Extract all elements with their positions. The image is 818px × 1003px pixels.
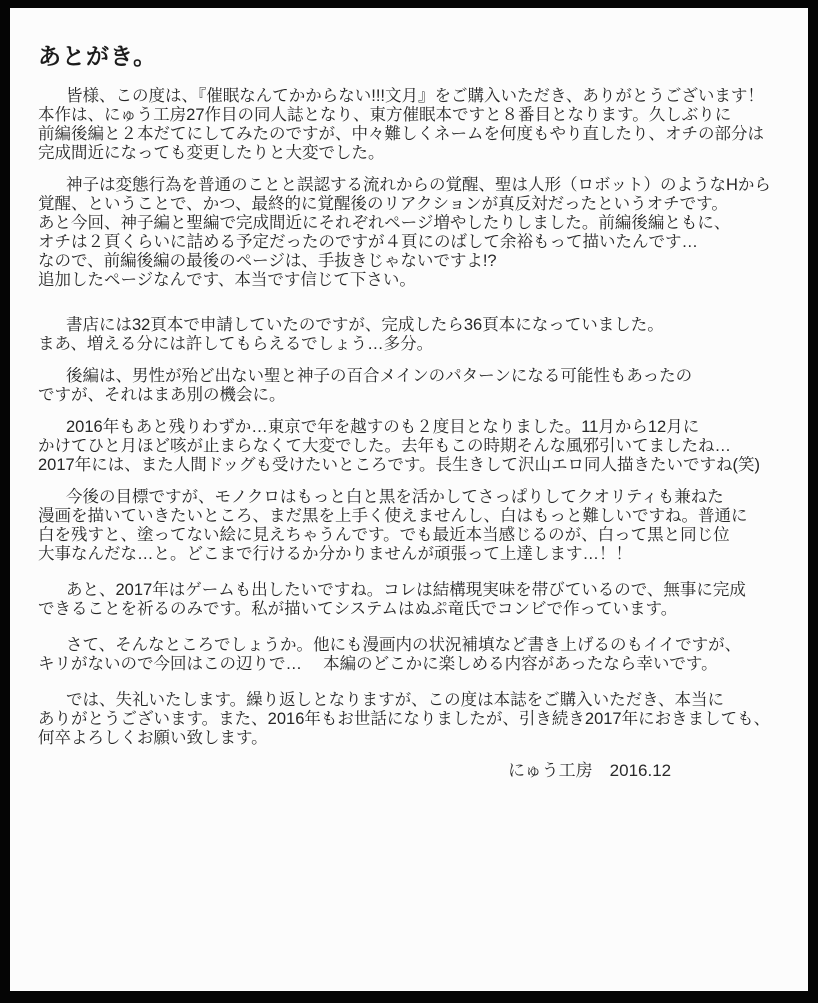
afterword-paragraph-page-count: 書店には32頁本で申請していたのですが、完成したら36頁本になっていました。 ま… xyxy=(38,316,800,354)
afterword-paragraph-game-plan: あと、2017年はゲームも出したいですね。コレは結構現実味を帯びているので、無事… xyxy=(38,581,800,619)
afterword-page: あとがき。 皆様、この度は、『催眠なんてかからない!!!文月』をご購入いただき、… xyxy=(10,8,808,991)
afterword-paragraph-farewell: では、失礼いたします。繰り返しとなりますが、この度は本誌をご購入いただき、本当に… xyxy=(38,691,800,748)
signature: にゅう工房 2016.12 xyxy=(38,761,800,780)
page-title: あとがき。 xyxy=(38,38,800,71)
afterword-paragraph-greeting: 皆様、この度は、『催眠なんてかからない!!!文月』をご購入いただき、ありがとうご… xyxy=(38,87,800,163)
afterword-paragraph-yuri-plan: 後編は、男性が殆ど出ない聖と神子の百合メインのパターンになる可能性もあったの で… xyxy=(38,367,800,405)
afterword-paragraph-story-notes: 神子は変態行為を普通のことと誤認する流れからの覚醒、聖は人形（ロボット）のような… xyxy=(38,176,800,290)
afterword-paragraph-wrap-up: さて、そんなところでしょうか。他にも漫画内の状況補填など書き上げるのもイイですが… xyxy=(38,636,800,674)
afterword-paragraph-goals: 今後の目標ですが、モノクロはもっと白と黒を活かしてさっぱりしてクオリティも兼ねた… xyxy=(38,488,800,564)
afterword-paragraph-year-end: 2016年もあと残りわずか…東京で年を越すのも２度目となりました。11月から12… xyxy=(38,418,800,475)
scan-black-border: あとがき。 皆様、この度は、『催眠なんてかからない!!!文月』をご購入いただき、… xyxy=(0,0,818,1003)
